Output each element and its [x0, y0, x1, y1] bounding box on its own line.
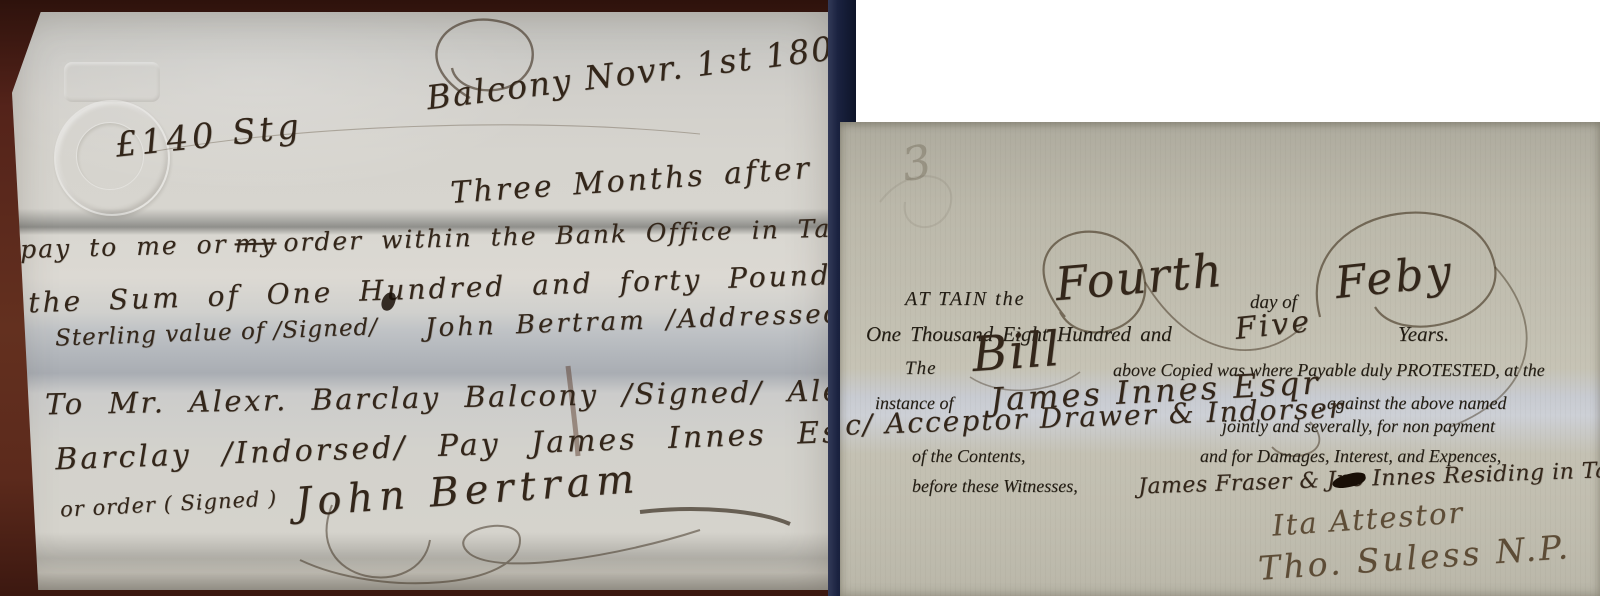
protest-line4-b: , against the above named: [1318, 393, 1506, 414]
protest-year: Five: [1233, 304, 1313, 347]
protest-day: Fourth: [1053, 243, 1226, 312]
protest-line7: before these Witnesses,: [912, 476, 1078, 497]
pen-flourishes-right: [840, 122, 1600, 596]
protest-line3-a: The: [905, 358, 937, 380]
protest-line5: jointly and severally, for non payment: [1222, 416, 1495, 437]
protest-month: Feby: [1333, 246, 1457, 309]
protest-bill-word: Bill: [970, 321, 1063, 383]
protest-line1-a: AT TAIN the: [905, 288, 1026, 311]
protest-line6-a: of the Contents,: [912, 446, 1026, 467]
stamp-crest: [64, 62, 160, 102]
composite-document-scan: Balcony Novr. 1st 1804 £140 Stg Three Mo…: [0, 0, 1600, 596]
pay-line-struck-word: my: [234, 228, 277, 258]
pencil-number: 3: [898, 134, 936, 192]
left-page-photo: Balcony Novr. 1st 1804 £140 Stg Three Mo…: [0, 0, 832, 596]
pay-line-pre: pay to me or: [20, 230, 228, 264]
protest-line2-b: Years.: [1398, 322, 1449, 347]
right-page-photo: 3 AT TAIN the Fourth day of Feby One Tho…: [840, 122, 1600, 596]
